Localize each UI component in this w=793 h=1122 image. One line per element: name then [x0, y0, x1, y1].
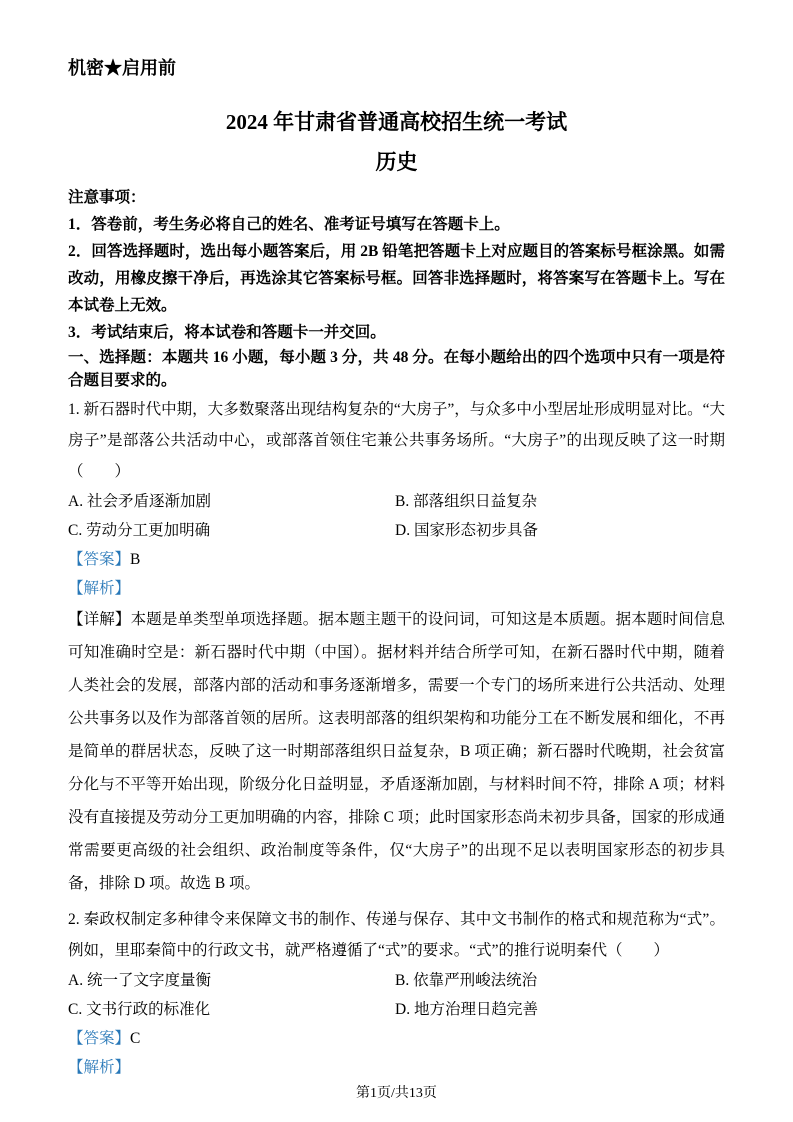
exam-page: 机密★启用前 2024 年甘肃省普通高校招生统一考试 历史 注意事项： 1．答卷… — [0, 0, 793, 1122]
analysis-label: 【解析】 — [68, 580, 130, 597]
question-2-option-b: B. 依靠严刑峻法统治 — [395, 966, 725, 995]
detail-text: 本题是单类型单项选择题。据本题主题干的设问词，可知这是本质题。据本题时间信息可知… — [68, 611, 725, 892]
answer-label: 【答案】 — [68, 1030, 130, 1047]
question-2-stem: 2. 秦政权制定多种律令来保障文书的制作、传递与保存、其中文书制作的格式和规范称… — [68, 904, 725, 966]
question-2-option-a: A. 统一了文字度量衡 — [68, 966, 395, 995]
detail-label: 【详解】 — [68, 611, 131, 628]
notice-item-1: 1．答卷前，考生务必将自己的姓名、准考证号填写在答题卡上。 — [68, 211, 725, 238]
question-2-option-d: D. 地方治理日趋完善 — [395, 995, 725, 1024]
question-2-options: A. 统一了文字度量衡 B. 依靠严刑峻法统治 C. 文书行政的标准化 D. 地… — [68, 966, 725, 1024]
notice-item-2: 2．回答选择题时，选出每小题答案后，用 2B 铅笔把答题卡上对应题目的答案标号框… — [68, 238, 725, 319]
question-1-detail: 【详解】本题是单类型单项选择题。据本题主题干的设问词，可知这是本质题。据本题时间… — [68, 603, 725, 900]
question-2-answer-line: 【答案】C — [68, 1024, 725, 1053]
classification-label: 机密★启用前 — [68, 56, 725, 80]
exam-subject: 历史 — [68, 148, 725, 176]
question-1-analysis-line: 【解析】 — [68, 574, 725, 603]
notice-section: 注意事项： 1．答卷前，考生务必将自己的姓名、准考证号填写在答题卡上。 2．回答… — [68, 184, 725, 346]
question-2-option-c: C. 文书行政的标准化 — [68, 995, 395, 1024]
question-1-options: A. 社会矛盾逐渐加剧 B. 部落组织日益复杂 C. 劳动分工更加明确 D. 国… — [68, 487, 725, 545]
question-1-answer-line: 【答案】B — [68, 545, 725, 574]
answer-label: 【答案】 — [68, 551, 130, 568]
answer-value: B — [130, 551, 140, 568]
notice-item-3: 3．考试结束后，将本试卷和答题卡一并交回。 — [68, 319, 725, 346]
exam-title: 2024 年甘肃省普通高校招生统一考试 — [68, 108, 725, 136]
question-2-analysis-line: 【解析】 — [68, 1053, 725, 1082]
question-1: 1. 新石器时代中期，大多数聚落出现结构复杂的“大房子”，与众多中小型居址形成明… — [68, 394, 725, 900]
question-1-option-d: D. 国家形态初步具备 — [395, 516, 725, 545]
analysis-label: 【解析】 — [68, 1059, 130, 1076]
question-1-option-c: C. 劳动分工更加明确 — [68, 516, 395, 545]
question-1-option-b: B. 部落组织日益复杂 — [395, 487, 725, 516]
question-2: 2. 秦政权制定多种律令来保障文书的制作、传递与保存、其中文书制作的格式和规范称… — [68, 904, 725, 1082]
answer-value: C — [130, 1030, 140, 1047]
question-1-option-a: A. 社会矛盾逐渐加剧 — [68, 487, 395, 516]
question-1-stem: 1. 新石器时代中期，大多数聚落出现结构复杂的“大房子”，与众多中小型居址形成明… — [68, 394, 725, 487]
page-footer: 第1页/共13页 — [0, 1084, 793, 1104]
section-heading: 一、选择题：本题共 16 小题，每小题 3 分，共 48 分。在每小题给出的四个… — [68, 346, 725, 392]
notice-heading: 注意事项： — [68, 184, 725, 211]
